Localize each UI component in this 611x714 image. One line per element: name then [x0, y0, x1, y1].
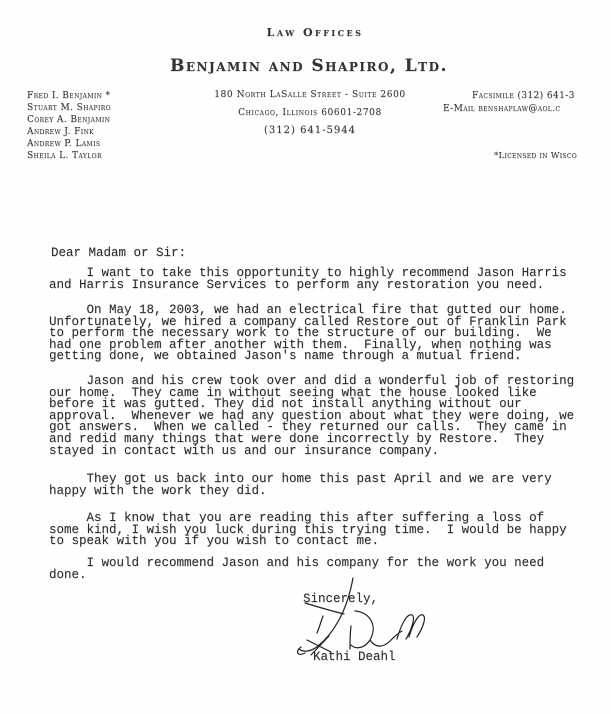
attorney-name: Corey A. Benjamin — [27, 114, 111, 126]
attorney-name: Andrew J. Fink — [27, 126, 111, 138]
signer-name: Kathi Deahl — [313, 650, 396, 664]
firm-address-street: 180 North LaSalle Street - Suite 2600 — [150, 90, 470, 100]
paragraph: They got us back into our home this past… — [49, 474, 609, 497]
paragraph: I want to take this opportunity to highl… — [49, 268, 609, 291]
letter-line: stayed in contact with us and our insura… — [49, 446, 609, 458]
firm-email: E-Mail benshaplaw@aol.c — [443, 104, 560, 114]
firm-address-city: Chicago, Illinois 60601-2708 — [150, 108, 470, 118]
salutation: Dear Madam or Sir: — [51, 246, 186, 260]
attorney-name: Sheila L. Taylor — [27, 150, 111, 162]
letter-line: I would recommend Jason and his company … — [49, 558, 609, 570]
letterhead-firm-name: Benjamin and Shapiro, Ltd. — [0, 56, 611, 76]
firm-phone: (312) 641-5944 — [150, 125, 470, 136]
attorney-list: Fred I. Benjamin * Stuart M. Shapiro Cor… — [27, 90, 111, 162]
paragraph: Jason and his crew took over and did a w… — [49, 376, 609, 457]
letterhead-office-label: Law Offices — [0, 26, 611, 39]
attorney-name: Andrew P. Lamis — [27, 138, 111, 150]
license-note: *Licensed in Wisco — [494, 151, 577, 161]
attorney-name: Stuart M. Shapiro — [27, 102, 111, 114]
letter-page: Law Offices Benjamin and Shapiro, Ltd. F… — [0, 0, 611, 714]
letter-line: to speak with you if you wish to contact… — [49, 536, 609, 548]
firm-facsimile: Facsimile (312) 641-3 — [472, 91, 575, 101]
letter-line: happy with the work they did. — [49, 486, 609, 498]
letter-line: and Harris Insurance Services to perform… — [49, 280, 609, 292]
letter-line: getting done, we obtained Jason's name t… — [49, 351, 609, 363]
attorney-name: Fred I. Benjamin * — [27, 90, 111, 102]
paragraph: On May 18, 2003, we had an electrical fi… — [49, 305, 609, 363]
paragraph: As I know that you are reading this afte… — [49, 513, 609, 548]
